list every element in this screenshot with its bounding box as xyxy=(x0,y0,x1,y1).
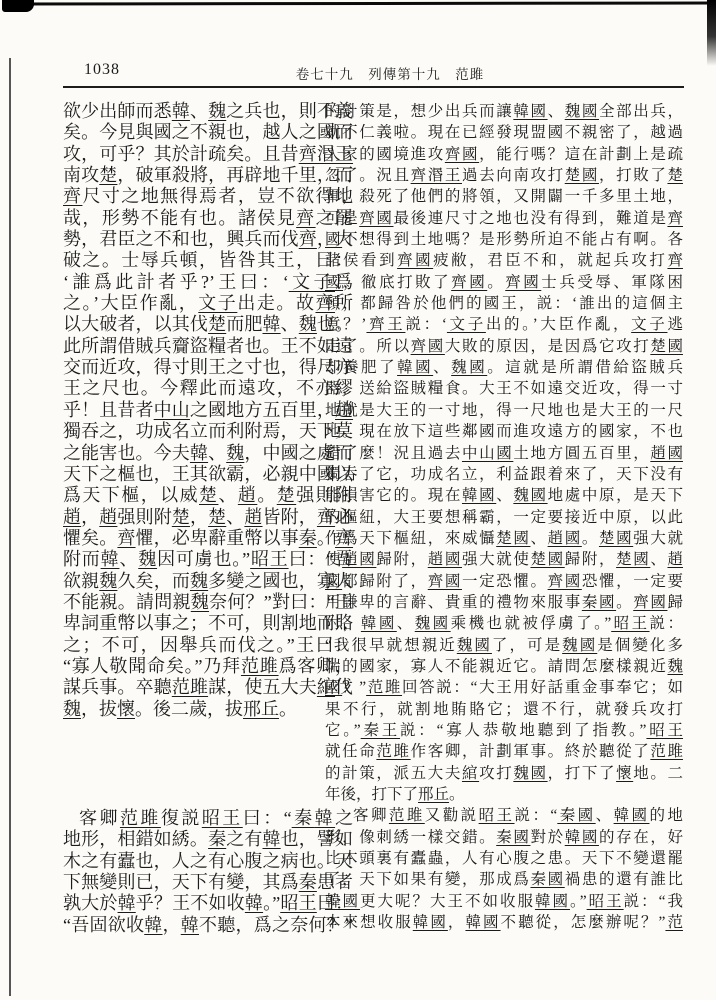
text-run: 忽了。況且 xyxy=(325,167,411,184)
text-run: 天下之樞也，王其欲霸，必親中國以 xyxy=(63,464,353,484)
proper-noun-mark: 楚國 xyxy=(530,551,564,568)
proper-noun-mark: 韓國 xyxy=(614,807,650,824)
text-line: 之。’大臣作亂，文子出走。故齊所 xyxy=(63,293,353,314)
text-run: 曰：“ xyxy=(243,808,292,828)
text-line: 哉，形勢不能有也。諸侯見齊之罷 xyxy=(63,208,353,229)
text-run: 乎？王不如收 xyxy=(136,893,245,913)
text-line: 的樞紐，大王要想稱霸，一定要接近中原，以此 xyxy=(325,507,683,528)
text-run: 出的。’大臣作亂， xyxy=(486,316,631,333)
text-run: “我很早就想親近 xyxy=(325,637,457,654)
text-run: 矣。今見與國之不親也，越人之國而 xyxy=(63,122,353,142)
proper-noun-mark: 韓 xyxy=(263,314,281,334)
text-run: 客卿 xyxy=(79,808,120,828)
text-run: ， xyxy=(163,915,181,935)
proper-noun-mark: 文子 xyxy=(631,316,667,333)
proper-noun-mark: 魏國 xyxy=(513,765,547,782)
translation-text-column: 的計策是，想少出兵而讓韓國、魏國全部出兵，就不仁義啦。現在已經發現盟國不親密了，… xyxy=(325,101,683,933)
text-line: 地就是大王的一寸地，得一尺地也是大王的一尺 xyxy=(325,400,683,421)
proper-noun-mark: 秦 xyxy=(292,808,315,828)
proper-noun-mark: 范雎 xyxy=(366,679,402,696)
page-number: 1038 xyxy=(84,61,120,79)
text-run: 地就是大王的一寸地，得一尺地也是大王的一尺 xyxy=(325,402,683,419)
text-run: 士兵受辱、軍隊困 xyxy=(541,274,683,291)
proper-noun-mark: 昭王 xyxy=(250,549,288,569)
proper-noun-mark: 韓 xyxy=(172,101,190,121)
text-run: 、 xyxy=(548,103,565,120)
proper-noun-mark: 魏 xyxy=(299,314,317,334)
proper-noun-mark: 文子 xyxy=(198,293,237,313)
proper-noun-mark: 齊國 xyxy=(445,146,479,163)
text-line: 能損害它的。現在韓國、魏國地處中原，是天下 xyxy=(325,485,683,506)
text-line: 齊尺寸之地無得焉者，豈不欲得地 xyxy=(63,186,353,207)
text-run: 。 xyxy=(487,274,505,291)
proper-noun-mark: 楚國 xyxy=(616,551,650,568)
text-run: ，破軍殺將，再辟地千里，而 xyxy=(117,165,353,185)
text-run: 哉，形勢不能有也。諸侯見 xyxy=(63,208,296,228)
text-run: 乎！且昔者 xyxy=(63,400,154,420)
text-run: 恐懼，一定要 xyxy=(582,573,683,590)
proper-noun-mark: 韓國 xyxy=(535,893,570,910)
text-run: 、 xyxy=(218,485,237,505)
proper-noun-mark: 趙國 xyxy=(428,551,462,568)
text-run: 過去向南攻打 xyxy=(462,167,565,184)
text-run: 攻，可乎？其於計疏矣。且昔 xyxy=(63,144,299,164)
text-line: 意？’齊王説：‘文子出的。’大臣作亂，文子逃 xyxy=(325,314,683,335)
text-run: 就任命 xyxy=(325,743,376,760)
text-line: 欲少出師而悉韓、魏之兵也，則不義 xyxy=(63,101,353,122)
proper-noun-mark: 魏 xyxy=(99,571,117,591)
proper-noun-mark: 齊國 xyxy=(451,274,487,291)
text-run: 南攻 xyxy=(63,165,99,185)
proper-noun-mark: 魏國 xyxy=(565,103,599,120)
proper-noun-mark: 秦 xyxy=(299,528,317,548)
proper-noun-mark: 范雎 xyxy=(650,743,683,760)
proper-noun-mark: 秦 xyxy=(208,829,226,849)
text-run: 一定恐懼。 xyxy=(462,573,548,590)
text-run: “寡人敬聞命矣。”乃拜 xyxy=(63,656,241,676)
text-run: 王之尺也。今釋此而遠攻，不亦繆 xyxy=(63,378,353,398)
text-run: 、 xyxy=(496,487,513,504)
proper-noun-mark: 楚 xyxy=(277,485,296,505)
paragraph: 客卿范雎復説昭王曰：“秦韓之地形，相錯如綉。秦之有韓也，譬如木之有蠹也，人之有心… xyxy=(63,808,353,936)
text-run: 人家的國境進攻 xyxy=(325,146,445,163)
text-line: 果不行，就割地賄賂它；還不行，就發兵攻打 xyxy=(325,699,683,720)
text-line: 獨吞之，功成名立而利附焉，天下莫 xyxy=(63,421,353,442)
text-run: 意？’ xyxy=(325,316,366,333)
proper-noun-mark: 楚 xyxy=(199,485,218,505)
text-run: 不聽從，怎麼辦呢？” xyxy=(501,914,666,931)
proper-noun-mark: 齊 xyxy=(667,252,683,269)
proper-noun-mark: 齊國 xyxy=(428,573,462,590)
proper-noun-mark: 韓國 xyxy=(325,893,360,910)
text-run: 用謙卑的言辭、貴重的禮物來服事 xyxy=(325,594,582,611)
text-run: 都歸附了， xyxy=(342,573,428,590)
text-run: 出走。故 xyxy=(237,293,315,313)
running-header-title: 卷七十九 列傳第十九 范雎 xyxy=(240,63,540,83)
text-run: 形，像刺綉一樣交錯。 xyxy=(325,829,496,846)
proper-noun-mark: 中山國 xyxy=(462,445,513,462)
text-line: ‘誰爲此計者乎?’王曰：‘文子爲 xyxy=(63,272,353,293)
proper-noun-mark: 范雎 xyxy=(172,677,208,697)
text-run: 攻打 xyxy=(479,765,513,782)
proper-noun-mark: 楚 xyxy=(667,167,683,184)
text-line: 器，送給盜賊糧食。大王不如遠交近攻，得一寸 xyxy=(325,378,683,399)
text-run: 年後，打下了 xyxy=(325,786,418,803)
text-line: 南攻楚，破軍殺將，再辟地千里，而 xyxy=(63,165,353,186)
text-run: 之國地方五百里， xyxy=(190,400,335,420)
proper-noun-mark: 魏 xyxy=(191,592,209,612)
proper-noun-mark: 趙國 xyxy=(342,551,376,568)
text-run: 久矣，而 xyxy=(117,571,190,591)
proper-noun-mark: 韓 xyxy=(101,549,120,569)
text-line: 木之有蠹也，人之有心腹之病也。天 xyxy=(63,851,353,872)
text-run: 的計策是，想少出兵而讓 xyxy=(325,103,513,120)
text-run: 。” xyxy=(570,893,587,910)
text-line: 了，天下如果有變，那成爲秦國禍患的還有誰比 xyxy=(325,869,683,890)
text-run: ， xyxy=(448,914,466,931)
scan-artifact-top-left-corner xyxy=(2,0,34,12)
text-line: 此所謂借賊兵齎盜糧者也。王不如遠 xyxy=(63,336,353,357)
text-run: 强大就 xyxy=(633,530,683,547)
text-run: 不想得到土地嗎？是形勢所迫不能占有啊。各 xyxy=(342,231,683,248)
text-line: “寡人敬聞命矣。”乃拜范雎爲客卿， xyxy=(63,656,353,677)
text-line: 就不仁義啦。現在已經發現盟國不親密了，越過 xyxy=(325,122,683,143)
proper-noun-mark: 魏國 xyxy=(451,359,487,376)
proper-noun-mark: 趙 xyxy=(667,551,683,568)
proper-noun-mark: 國 xyxy=(325,679,342,696)
text-line: 之；不可，因舉兵而伐之。”王曰： xyxy=(63,635,353,656)
text-line: 以大破者，以其伐楚而肥韓、魏也。 xyxy=(63,314,353,335)
proper-noun-mark: 魏國 xyxy=(415,615,451,632)
paragraph: 的計策是，想少出兵而讓韓國、魏國全部出兵，就不仁義啦。現在已經發現盟國不親密了，… xyxy=(325,101,683,805)
text-run: 以大破者，以其伐 xyxy=(63,314,208,334)
text-line: 頓，都歸咎於他們的國王，説：‘誰出的這個主 xyxy=(325,293,683,314)
text-run: 比木頭裏有蠹蟲，人有心腹之患。天下不變還罷 xyxy=(325,850,683,867)
text-run: 錯了麼！況且過去 xyxy=(325,445,462,462)
text-run: 而肥 xyxy=(226,314,262,334)
text-run: 的樞紐，大王要想稱霸，一定要接近中原，以此 xyxy=(325,509,683,526)
text-run: 説：“我 xyxy=(624,893,683,910)
proper-noun-mark: 魏國 xyxy=(562,637,597,654)
text-run: 了，天下如果有變，那成爲 xyxy=(325,871,530,888)
header-rule xyxy=(63,86,684,88)
original-text-column: 欲少出師而悉韓、魏之兵也，則不義矣。今見與國之不親也，越人之國而攻，可乎？其於計… xyxy=(63,101,353,936)
text-line: 破之。士辱兵頓，皆咎其王，曰： xyxy=(63,250,353,271)
text-run: 欲親 xyxy=(63,571,99,591)
proper-noun-mark: 魏 xyxy=(208,101,226,121)
text-run: 歸附， xyxy=(565,551,616,568)
proper-noun-mark: 楚 xyxy=(208,314,226,334)
scan-artifact-right-edge xyxy=(707,0,716,66)
text-line: 本來想收服韓國，韓國不聽從，怎麼辦呢？”范 xyxy=(325,912,683,933)
text-run: ，能行嗎？這在計劃上是疏 xyxy=(479,146,683,163)
text-run: 可是 xyxy=(325,210,359,227)
text-run: 謀，使五大夫 xyxy=(208,677,317,697)
text-line: 的計策是，想少出兵而讓韓國、魏國全部出兵， xyxy=(325,101,683,122)
text-run: 强大就使 xyxy=(462,551,530,568)
text-run: 、 xyxy=(650,551,667,568)
text-run: 皆附， xyxy=(263,507,317,527)
proper-noun-mark: 韓 xyxy=(190,443,208,463)
text-run: 作客卿，計劃軍事。終於聽從了 xyxy=(411,743,651,760)
proper-noun-mark: 秦國 xyxy=(530,871,564,888)
proper-noun-mark: 秦國 xyxy=(582,594,616,611)
proper-noun-mark: 趙國 xyxy=(650,445,683,462)
proper-noun-mark: 韓國 xyxy=(361,615,397,632)
text-run: 説：‘ xyxy=(405,316,446,333)
text-run: 乘機也就被俘虜了。” xyxy=(451,615,612,632)
text-run: 歸附， xyxy=(376,551,427,568)
text-run: 使 xyxy=(325,551,342,568)
text-run: 。這就是所謂借給盜賊兵 xyxy=(487,359,683,376)
text-run: 是個變化多 xyxy=(597,637,683,654)
text-run: 走了。所以 xyxy=(325,338,411,355)
proper-noun-mark: 趙國 xyxy=(548,530,582,547)
text-line: 韓國更大呢？大王不如收服韓國。”昭王説：“我 xyxy=(325,891,683,912)
text-line: 却養肥了韓國、魏國。這就是所謂借給盜賊兵 xyxy=(325,357,683,378)
text-run: 爲天下樞，以威 xyxy=(63,485,199,505)
proper-noun-mark: 韓 xyxy=(245,893,263,913)
text-run: 復説 xyxy=(161,808,202,828)
text-line: 忽了。況且齊湣王過去向南攻打楚國，打敗了楚 xyxy=(325,165,683,186)
scan-artifact-left-edge xyxy=(9,58,11,996)
text-run: ， xyxy=(81,507,99,527)
text-line: 形，像刺綉一樣交錯。秦國對於韓國的存在，好 xyxy=(325,827,683,848)
text-line: 人家的國境進攻齊國，能行嗎？這在計劃上是疏 xyxy=(325,144,683,165)
proper-noun-mark: 齊國 xyxy=(633,594,667,611)
text-line: 矣。今見與國之不親也，越人之國而 xyxy=(63,122,353,143)
text-run: 説： xyxy=(650,615,683,632)
text-line: 軍，殺死了他們的將領，又開闢一千多里土地， xyxy=(325,186,683,207)
text-run: 地處中原，是天下 xyxy=(548,487,683,504)
text-run: 破之。士辱兵頓，皆咎其王，曰： xyxy=(63,250,353,270)
text-run: 。 xyxy=(449,786,465,803)
text-run: 不能親。請問親 xyxy=(63,592,191,612)
text-run: 諸侯看到 xyxy=(325,252,397,269)
proper-noun-mark: 齊 xyxy=(296,208,315,228)
proper-noun-mark: 魏 xyxy=(138,549,157,569)
proper-noun-mark: 范雎 xyxy=(389,807,425,824)
scan-artifact-top-edge xyxy=(4,2,716,6)
text-run: 。 xyxy=(582,530,599,547)
text-run: 却養肥了 xyxy=(325,359,397,376)
text-line: 它。”秦王説：“寡人恭敬地聽到了指教。”昭王 xyxy=(325,720,683,741)
proper-noun-mark: 趙 xyxy=(63,507,81,527)
text-line: 國，徹底打敗了齊國。齊國士兵受辱、軍隊困 xyxy=(325,272,683,293)
proper-noun-mark: 秦 xyxy=(299,872,317,892)
text-line: 比木頭裏有蠹蟲，人有心腹之患。天下不變還罷 xyxy=(325,848,683,869)
text-run: 就不仁義啦。現在已經發現盟國不親密了，越過 xyxy=(325,124,683,141)
proper-noun-mark: 齊國 xyxy=(359,210,393,227)
proper-noun-mark: 齊國 xyxy=(397,252,433,269)
proper-noun-mark: 昭王 xyxy=(202,808,243,828)
text-run: 、 xyxy=(433,359,451,376)
proper-noun-mark: 魏 xyxy=(190,571,208,591)
proper-noun-mark: 秦王 xyxy=(361,722,400,739)
proper-noun-mark: 秦國 xyxy=(557,807,595,824)
text-line: 國不想得到土地嗎？是形勢所迫不能占有啊。各 xyxy=(325,229,683,250)
text-run: 卑詞重幣以事之；不可，則割地而賂 xyxy=(63,613,353,633)
proper-noun-mark: 韓國 xyxy=(513,103,547,120)
text-run: 最後連尺寸之地也没有得到，難道是 xyxy=(394,210,668,227)
text-run: 説：“ xyxy=(515,807,558,824)
text-run: 。後二歲，拔 xyxy=(135,699,243,719)
text-run: 懼，必卑辭重幣以事 xyxy=(136,528,299,548)
text-run: 地形，相錯如綉。 xyxy=(63,829,208,849)
text-line: 地形，相錯如綉。秦之有韓也，譬如 xyxy=(63,829,353,850)
text-line: 卑詞重幣以事之；不可，則割地而賂 xyxy=(63,613,353,634)
text-run: 强則附 xyxy=(117,507,171,527)
text-run: 之能害也。今夫 xyxy=(63,443,190,463)
text-run: 對於 xyxy=(530,829,564,846)
proper-noun-mark: 秦國 xyxy=(496,829,530,846)
text-run: ，拔 xyxy=(81,699,117,719)
text-line: 就任命范雎作客卿，計劃軍事。終於聽從了范雎 xyxy=(325,741,683,762)
text-line: 錯了麼！況且過去中山國土地方圓五百里，趙國 xyxy=(325,443,683,464)
text-run: 、 xyxy=(530,530,547,547)
text-run: 果不行，就割地賄賂它；還不行，就發兵攻打 xyxy=(325,701,683,718)
proper-noun-mark: 綰 xyxy=(462,765,479,782)
text-line: 孰大於韓乎？王不如收韓。”昭王曰： xyxy=(63,893,353,914)
text-run: 交而近攻，得寸則王之寸也，得尺亦 xyxy=(63,357,353,377)
text-line: 附而韓、魏因可虜也。”昭王曰：“吾 xyxy=(63,549,353,570)
proper-noun-mark: 范雎 xyxy=(241,656,279,676)
text-run: ，徹底打敗了 xyxy=(343,274,451,291)
text-run: ，打敗了 xyxy=(599,167,667,184)
text-run: 、 xyxy=(281,314,299,334)
proper-noun-mark: 齊湣王 xyxy=(411,167,462,184)
proper-noun-mark: 齊國 xyxy=(548,573,582,590)
proper-noun-mark: 齊 xyxy=(667,210,683,227)
proper-noun-mark: 韓國 xyxy=(565,829,599,846)
proper-noun-mark: 國 xyxy=(325,274,343,291)
text-run: 又勸説 xyxy=(425,807,479,824)
text-run: 、 xyxy=(397,615,415,632)
text-run: 軍，殺死了他們的將領，又開闢一千多里土地， xyxy=(325,188,683,205)
text-line: 國都歸附了，齊國一定恐懼。齊國恐懼，一定要 xyxy=(325,571,683,592)
proper-noun-mark: 文子 xyxy=(447,316,486,333)
text-line: 客卿范雎又勸説昭王説：“秦國、韓國的地 xyxy=(325,805,683,826)
text-line: 端的國家，寡人不能親近它。請問怎麼樣親近魏 xyxy=(325,656,683,677)
text-line: 王之尺也。今釋此而遠攻，不亦繆 xyxy=(63,378,353,399)
proper-noun-mark: 國 xyxy=(325,573,342,590)
text-run: 、 xyxy=(190,101,208,121)
proper-noun-mark: 齊國 xyxy=(505,274,541,291)
paragraph: 客卿范雎又勸説昭王説：“秦國、韓國的地形，像刺綉一樣交錯。秦國對於韓國的存在，好… xyxy=(325,805,683,933)
proper-noun-mark: 楚國 xyxy=(496,530,530,547)
proper-noun-mark: 昭王 xyxy=(479,807,515,824)
text-run: 頓，都歸咎於他們的國王，説：‘誰出的這個主 xyxy=(325,295,683,312)
text-line: 下無變則已，天下有變，其爲秦患者 xyxy=(63,872,353,893)
proper-noun-mark: 趙 xyxy=(244,507,262,527)
proper-noun-mark: 韓國 xyxy=(462,487,496,504)
text-run: 。 xyxy=(257,485,276,505)
text-run: ？” xyxy=(342,679,366,696)
text-run: 、 xyxy=(119,549,138,569)
proper-noun-mark: 魏 xyxy=(63,699,81,719)
proper-noun-mark: 楚 xyxy=(99,165,117,185)
text-line: 年後，打下了邢丘。 xyxy=(325,784,683,805)
text-run: 下無變則已，天下有變，其爲 xyxy=(63,872,299,892)
text-run: 疲敝，君臣不和，就起兵攻打 xyxy=(433,252,667,269)
text-line: 地。現在放下這些鄰國而進攻遠方的國家，不也 xyxy=(325,421,683,442)
text-line: 客卿范雎復説昭王曰：“秦韓之 xyxy=(63,808,353,829)
text-run: 孰大於 xyxy=(63,893,118,913)
text-line: 的計策，派五大夫綰攻打魏國，打下了懷地。二 xyxy=(325,763,683,784)
proper-noun-mark: 韓 xyxy=(118,893,136,913)
text-run: 之。’大臣作亂， xyxy=(63,293,198,313)
text-run: 端的國家，寡人不能親近它。請問怎麼樣親近 xyxy=(325,658,667,675)
text-run: 回答説：“大王用好話重金事奉它；如 xyxy=(402,679,683,696)
text-line: 攻，可乎？其於計疏矣。且昔齊湣王 xyxy=(63,144,353,165)
text-line: 國？”范雎回答説：“大王用好話重金事奉它；如 xyxy=(325,677,683,698)
text-run: 更大呢？大王不如收服 xyxy=(360,893,535,910)
text-run: 謀兵事。卒聽 xyxy=(63,677,172,697)
text-run: 、 xyxy=(226,507,244,527)
text-run: ‘誰爲此計者乎?’王曰：‘ xyxy=(63,272,289,292)
text-line: “我很早就想親近魏國了，可是魏國是個變化多 xyxy=(325,635,683,656)
text-line: 交而近攻，得寸則王之寸也，得尺亦 xyxy=(63,357,353,378)
text-run: 附， xyxy=(325,615,361,632)
proper-noun-mark: 楚國 xyxy=(599,530,633,547)
proper-noun-mark: 范 xyxy=(665,914,683,931)
text-run: 大敗的原因，是因爲它攻打 xyxy=(445,338,650,355)
proper-noun-mark: 昭王 xyxy=(280,893,317,913)
text-run: 木之有蠹也，人之有心腹之病也。天 xyxy=(63,851,353,871)
text-run: 懼矣。 xyxy=(63,528,117,548)
proper-noun-mark: 趙 xyxy=(99,507,117,527)
proper-noun-mark: 齊 xyxy=(63,186,82,206)
proper-noun-mark: 楚國 xyxy=(565,167,599,184)
text-line: 使趙國歸附，趙國强大就使楚國歸附，楚國、趙 xyxy=(325,549,683,570)
text-line: 懼矣。齊懼，必卑辭重幣以事秦。齊 xyxy=(63,528,353,549)
text-line: 不能親。請問親魏奈何？”對曰：“王 xyxy=(63,592,353,613)
text-line: 走了。所以齊國大敗的原因，是因爲它攻打楚國 xyxy=(325,336,683,357)
text-run: 獨吞了它，功成名立，利益跟着來了，天下没有 xyxy=(325,466,683,483)
text-run: 的地 xyxy=(649,807,682,824)
text-run: 、 xyxy=(596,807,614,824)
text-run: 作爲天下樞紐，來威懾 xyxy=(325,530,496,547)
text-run: 。 xyxy=(616,594,633,611)
text-line: 謀兵事。卒聽范雎謀，使五大夫綰伐 xyxy=(63,677,353,698)
proper-noun-mark: 懷 xyxy=(616,765,633,782)
text-run: 、 xyxy=(208,443,226,463)
proper-noun-mark: 韓 xyxy=(144,915,162,935)
proper-noun-mark: 邢丘 xyxy=(418,786,449,803)
text-run: 之；不可，因舉兵而伐之。”王曰： xyxy=(63,635,353,655)
proper-noun-mark: 韓 xyxy=(263,829,281,849)
text-line: 之能害也。今夫韓、魏，中國之處而 xyxy=(63,443,353,464)
text-run: ， xyxy=(190,507,208,527)
proper-noun-mark: 趙 xyxy=(238,485,257,505)
text-line: 乎！且昔者中山之國地方五百里，趙 xyxy=(63,400,353,421)
text-line: 趙，趙强則附楚，楚、趙皆附，齊必 xyxy=(63,507,353,528)
proper-noun-mark: 昭王 xyxy=(646,722,683,739)
proper-noun-mark: 中山 xyxy=(154,400,190,420)
proper-noun-mark: 齊 xyxy=(117,528,135,548)
text-line: 可是齊國最後連尺寸之地也没有得到，難道是齊 xyxy=(325,208,683,229)
proper-noun-mark: 昭王 xyxy=(587,893,624,910)
text-line: 爲天下樞，以威楚、趙。楚强則附 xyxy=(63,485,353,506)
text-run: 之有 xyxy=(226,829,262,849)
text-run: 土地方圓五百里， xyxy=(513,445,650,462)
text-run: ，打下了 xyxy=(548,765,616,782)
text-run: 尺寸之地無得焉者，豈不欲得地 xyxy=(82,186,353,206)
proper-noun-mark: 魏國 xyxy=(457,637,492,654)
text-line: “吾固欲收韓，韓不聽，爲之奈何？” xyxy=(63,915,353,936)
text-run: 地。現在放下這些鄰國而進攻遠方的國家，不也 xyxy=(325,423,683,440)
text-run: 禍患的還有誰比 xyxy=(565,871,683,888)
